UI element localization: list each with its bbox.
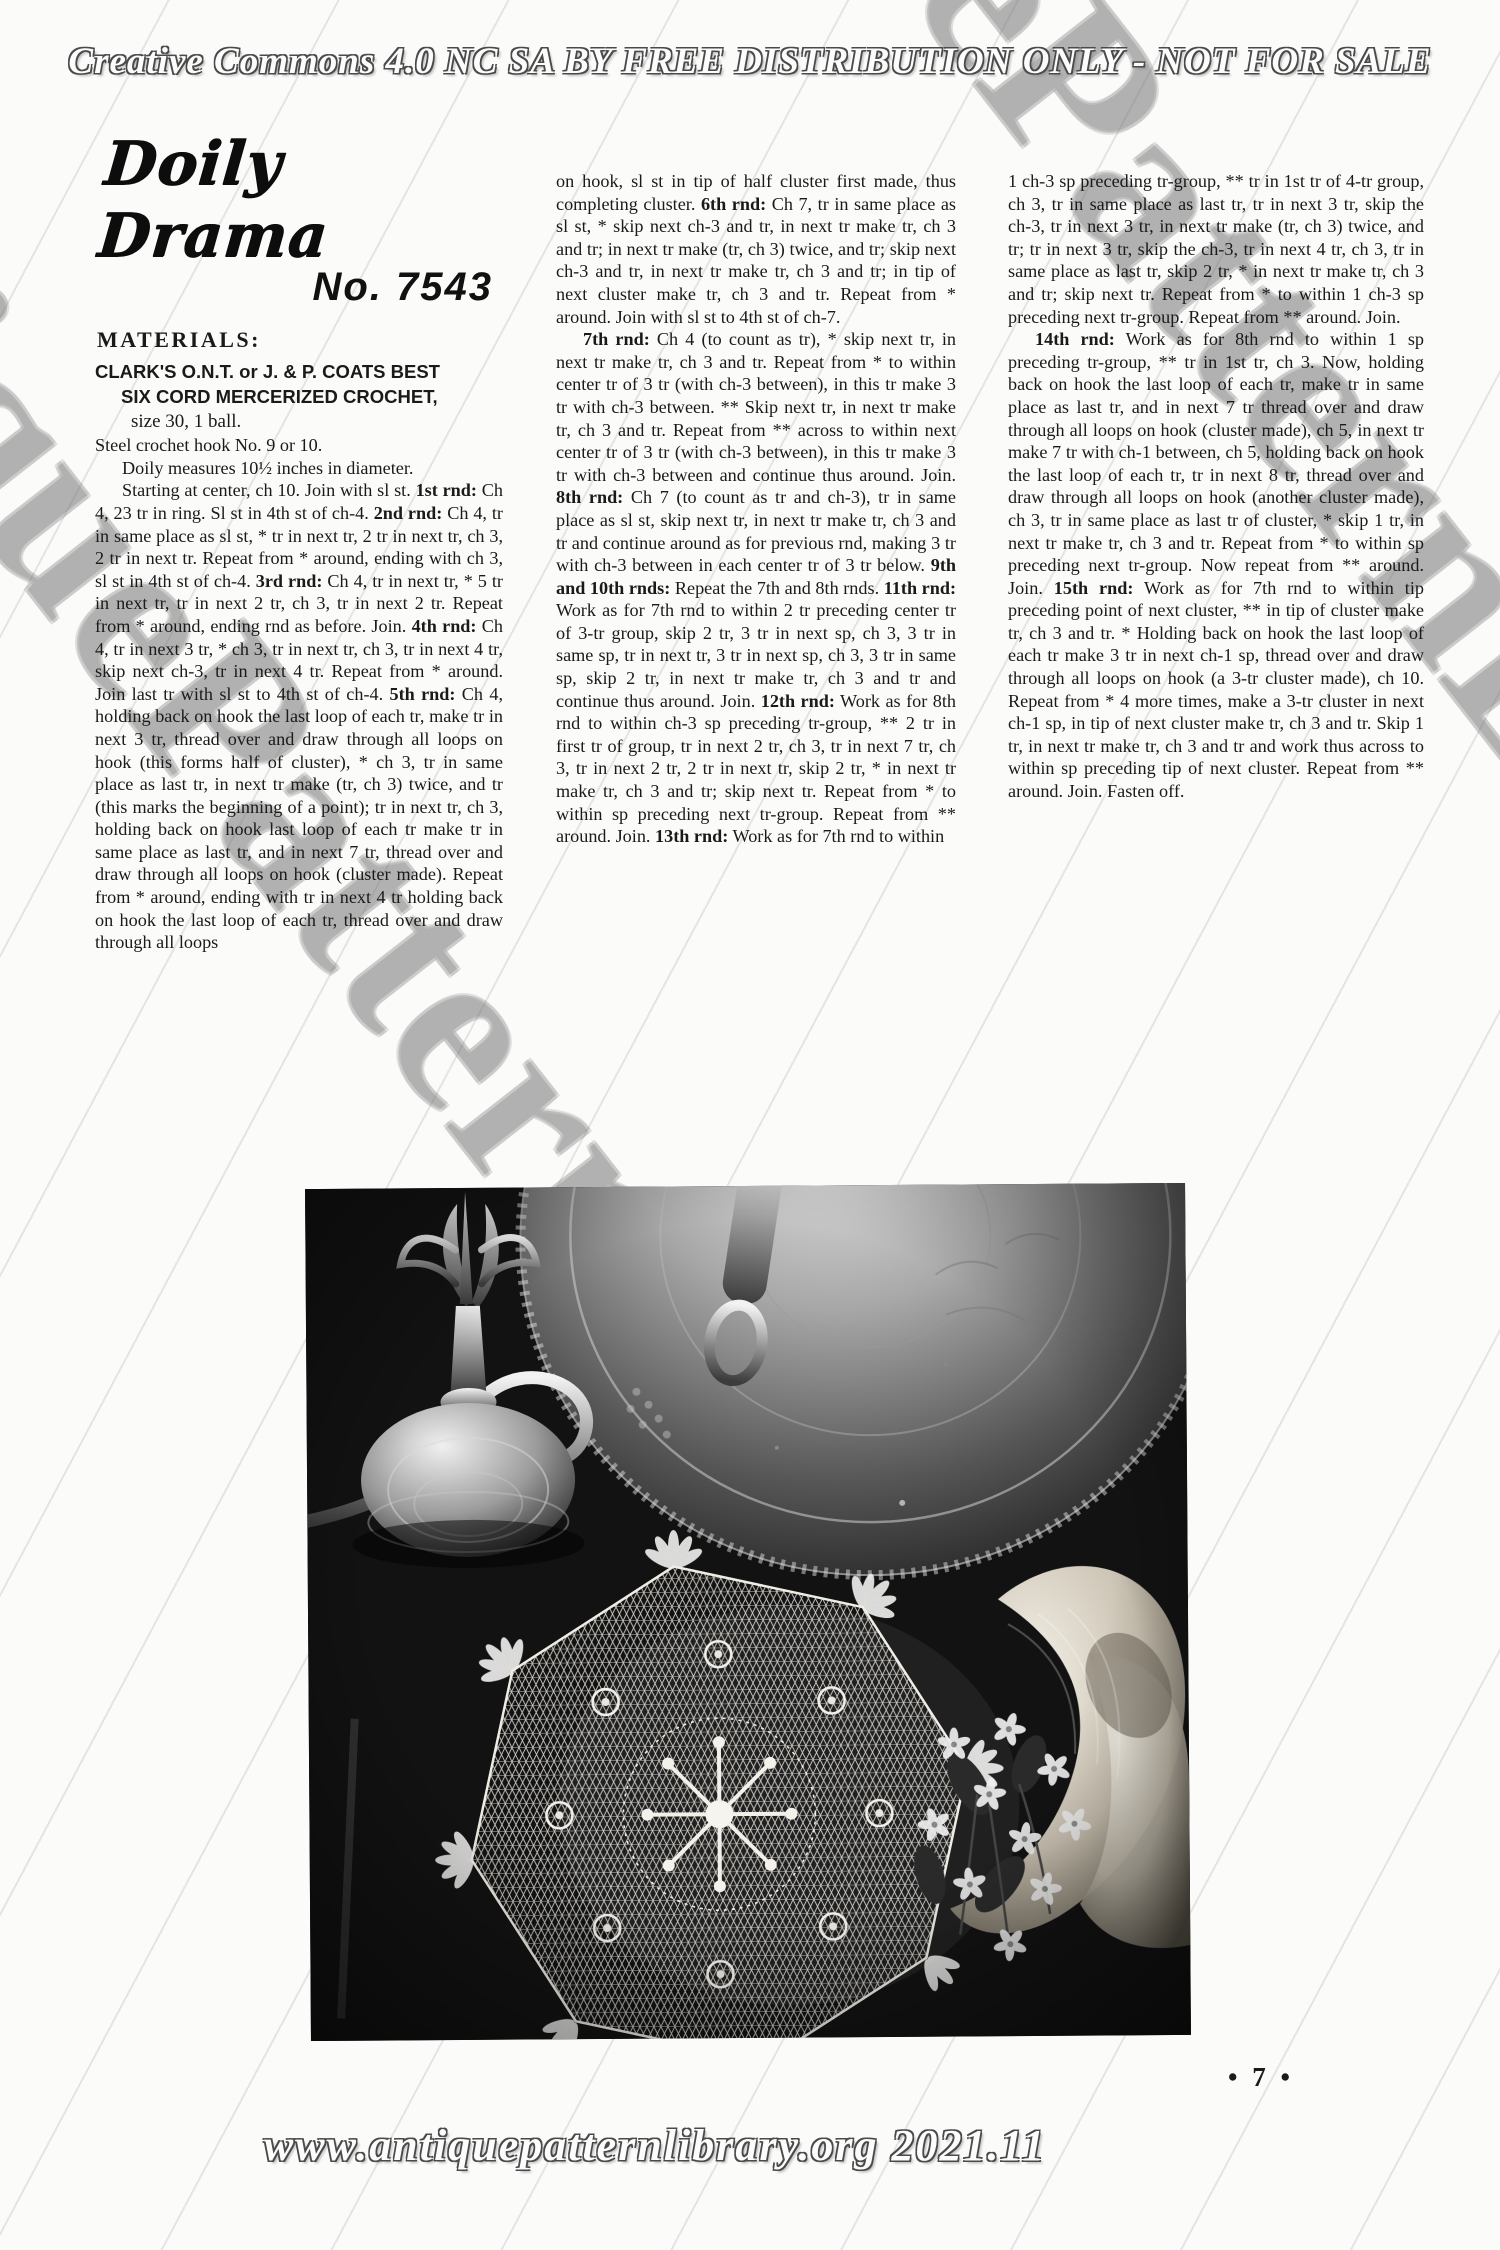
doily-photo-illustration xyxy=(305,1183,1191,2041)
column-left: Doily Drama No. 7543 MATERIALS: CLARK'S … xyxy=(95,128,503,954)
column-middle: on hook, sl st in tip of half cluster fi… xyxy=(556,170,956,848)
hook-note: Steel crochet hook No. 9 or 10. xyxy=(95,434,503,457)
size-note: Doily measures 10½ inches in diameter. xyxy=(95,457,503,480)
materials-heading: MATERIALS: xyxy=(97,329,503,352)
pattern-number: No. 7543 xyxy=(95,276,493,299)
materials-brand-line: CLARK'S O.N.T. or J. & P. COATS BEST xyxy=(95,359,503,384)
instructions-paragraph: 7th rnd: Ch 4 (to count as tr), * skip n… xyxy=(556,328,956,848)
page-title: Doily Drama xyxy=(95,128,516,272)
page-number: • 7 • xyxy=(1228,2062,1294,2093)
instructions-paragraph: on hook, sl st in tip of half cluster fi… xyxy=(556,170,956,328)
instructions-paragraph: 14th rnd: Work as for 8th rnd to within … xyxy=(1008,328,1424,802)
photo-vignette xyxy=(305,1183,1191,2041)
license-banner: Creative Commons 4.0 NC SA BY FREE DISTR… xyxy=(0,40,1500,83)
pattern-page: AntiquePatternLibrary AntiquePatternLibr… xyxy=(0,0,1500,2250)
materials-brand-line: SIX CORD MERCERIZED CROCHET, xyxy=(95,384,503,409)
column-right: 1 ch-3 sp preceding tr-group, ** tr in 1… xyxy=(1008,170,1424,803)
doily-photograph xyxy=(305,1183,1191,2041)
source-footer: www.antiquepatternlibrary.org 2021.11 xyxy=(260,2120,1050,2171)
instructions-paragraph: Starting at center, ch 10. Join with sl … xyxy=(95,479,503,953)
materials-size-line: size 30, 1 ball. xyxy=(95,409,503,434)
instructions-paragraph: 1 ch-3 sp preceding tr-group, ** tr in 1… xyxy=(1008,170,1424,328)
